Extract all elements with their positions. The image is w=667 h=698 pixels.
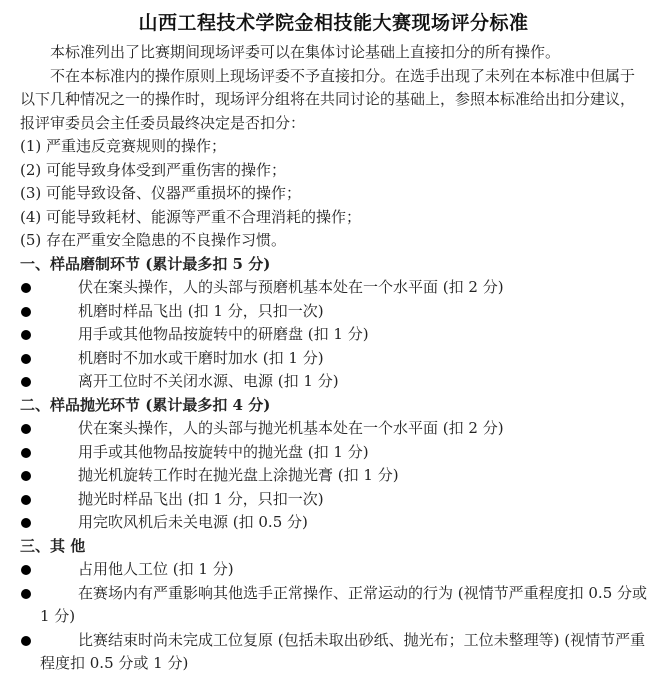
section-heading-polishing: 二、样品抛光环节 (累计最多扣 4 分) xyxy=(20,394,648,418)
condition-item: (4) 可能导致耗材、能源等严重不合理消耗的操作； xyxy=(20,206,648,230)
intro-paragraph: 不在本标准内的操作原则上现场评委不予直接扣分。在选手出现了未列在本标准中但属于以… xyxy=(20,65,648,136)
bullet-icon xyxy=(20,488,78,512)
bullet-icon xyxy=(20,347,78,371)
list-item: 在赛场内有严重影响其他选手正常操作、正常运动的行为 (视情节严重程度扣 0.5 … xyxy=(20,582,648,629)
list-item: 伏在案头操作，人的头部与抛光机基本处在一个水平面 (扣 2 分) xyxy=(20,417,648,441)
list-item: 用完吹风机后未关电源 (扣 0.5 分) xyxy=(20,511,648,535)
bullet-icon xyxy=(20,323,78,347)
list-item: 比赛结束时尚未完成工位复原 (包括未取出砂纸、抛光布；工位未整理等) (视情节严… xyxy=(20,629,648,676)
condition-item: (2) 可能导致身体受到严重伤害的操作； xyxy=(20,159,648,183)
list-item: 用手或其他物品按旋转中的研磨盘 (扣 1 分) xyxy=(20,323,648,347)
bullet-icon xyxy=(20,511,78,535)
list-item: 用手或其他物品按旋转中的抛光盘 (扣 1 分) xyxy=(20,441,648,465)
document-page: 山西工程技术学院金相技能大赛现场评分标准 本标准列出了比赛期间现场评委可以在集体… xyxy=(0,0,667,698)
bullet-icon xyxy=(20,558,78,582)
section-heading-other: 三、其 他 xyxy=(20,535,648,559)
bullet-icon xyxy=(20,464,78,488)
condition-item: (3) 可能导致设备、仪器严重损坏的操作； xyxy=(20,182,648,206)
bullet-icon xyxy=(20,417,78,441)
condition-item: (1) 严重违反竞赛规则的操作； xyxy=(20,135,648,159)
intro-paragraph: 本标准列出了比赛期间现场评委可以在集体讨论基础上直接扣分的所有操作。 xyxy=(20,41,648,65)
bullet-icon xyxy=(20,276,78,300)
list-item: 机磨时不加水或干磨时加水 (扣 1 分) xyxy=(20,347,648,371)
list-item: 机磨时样品飞出 (扣 1 分，只扣一次) xyxy=(20,300,648,324)
bullet-icon xyxy=(20,370,78,394)
condition-item: (5) 存在严重安全隐患的不良操作习惯。 xyxy=(20,229,648,253)
document-title: 山西工程技术学院金相技能大赛现场评分标准 xyxy=(0,10,667,36)
list-item: 占用他人工位 (扣 1 分) xyxy=(20,558,648,582)
list-item: 伏在案头操作，人的头部与预磨机基本处在一个水平面 (扣 2 分) xyxy=(20,276,648,300)
bullet-icon xyxy=(20,300,78,324)
list-item: 抛光时样品飞出 (扣 1 分，只扣一次) xyxy=(20,488,648,512)
document-body: 本标准列出了比赛期间现场评委可以在集体讨论基础上直接扣分的所有操作。 不在本标准… xyxy=(20,41,648,676)
section-heading-grinding: 一、样品磨制环节 (累计最多扣 5 分) xyxy=(20,253,648,277)
list-item: 离开工位时不关闭水源、电源 (扣 1 分) xyxy=(20,370,648,394)
list-item: 抛光机旋转工作时在抛光盘上涂抛光膏 (扣 1 分) xyxy=(20,464,648,488)
bullet-icon xyxy=(20,441,78,465)
